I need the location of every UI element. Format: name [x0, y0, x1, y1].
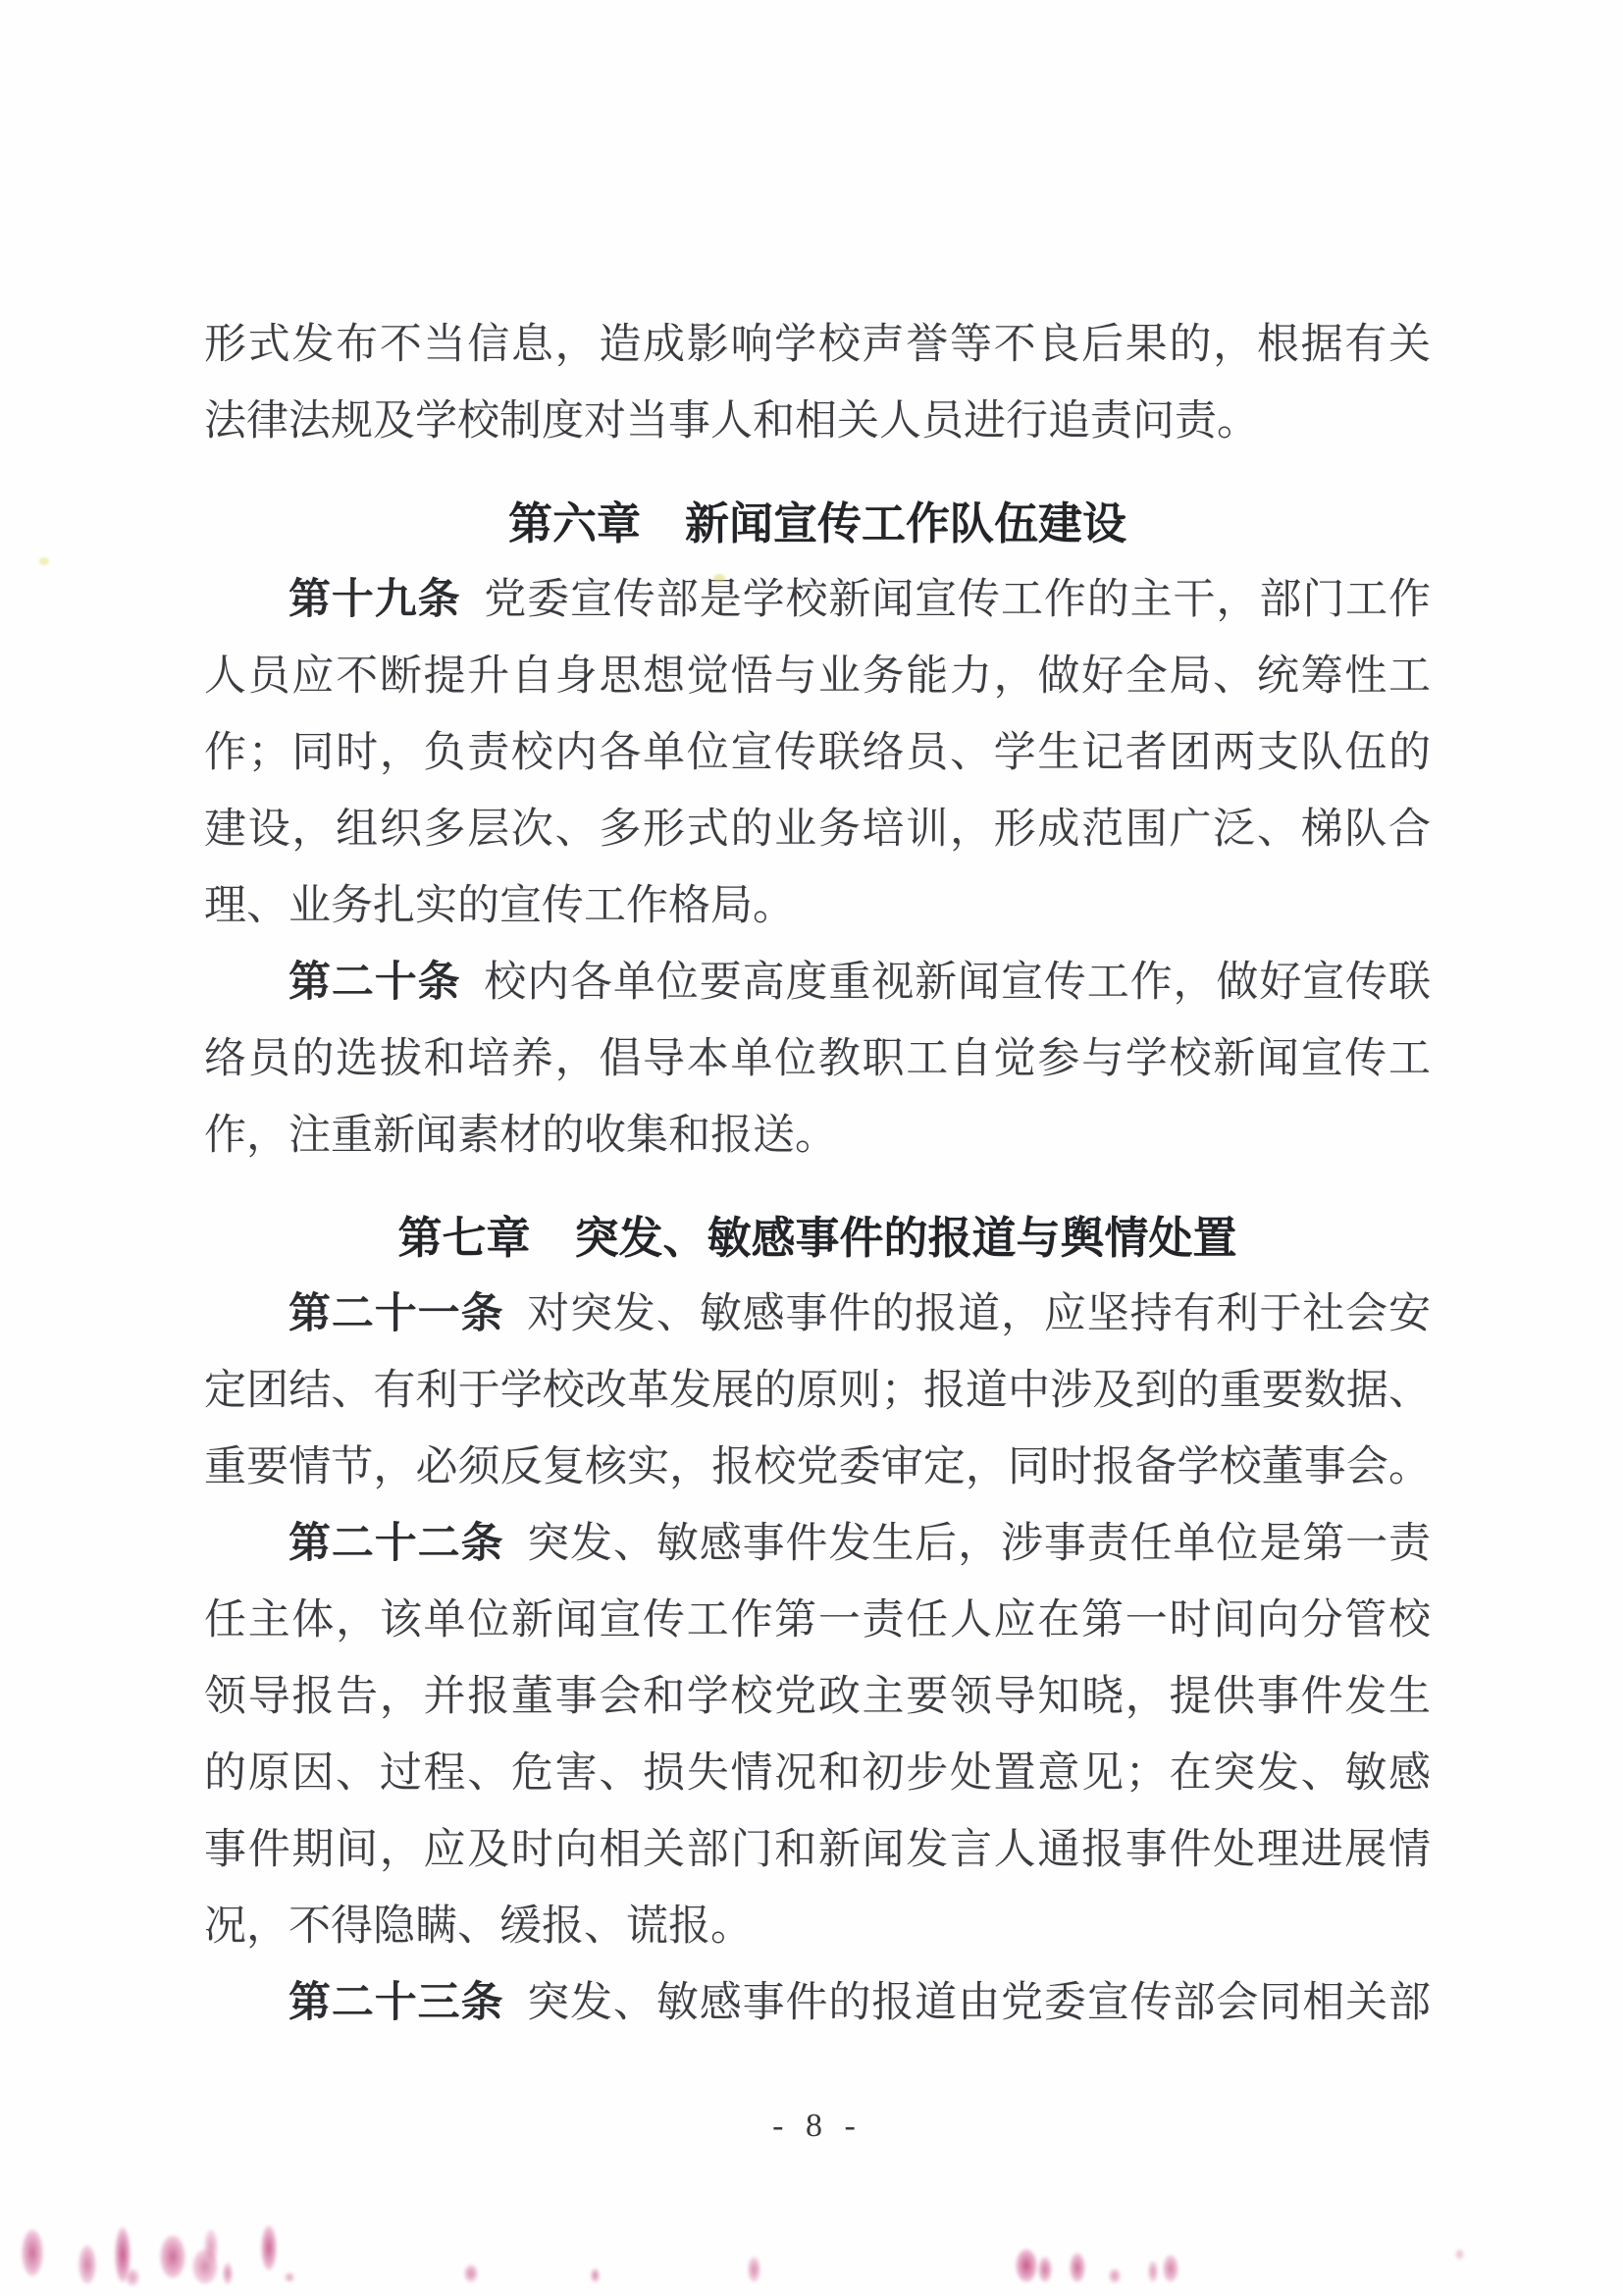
body-line: 作；同时，负责校内各单位宣传联络员、学生记者团两支队伍的 [204, 715, 1431, 792]
ink-smudge [1070, 2253, 1085, 2282]
body-line: 法律法规及学校制度对当事人和相关人员进行追责问责。 [204, 384, 1431, 460]
chapter-heading: 第七章 突发、敏感事件的报道与舆情处置 [204, 1200, 1431, 1277]
ink-smudge [464, 2265, 478, 2282]
ink-smudge [1148, 2261, 1158, 2282]
body-line: 的原因、过程、危害、损失情况和初步处置意见；在突发、敏感 [204, 1736, 1431, 1812]
body-line: 建设，组织多层次、多形式的业务培训，形成范围广泛、梯队合 [204, 792, 1431, 868]
document-body: 形式发布不当信息，造成影响学校声誉等不良后果的，根据有关法律法规及学校制度对当事… [204, 307, 1431, 2042]
body-line: 事件期间，应及时向相关部门和新闻发言人通报事件处理进展情 [204, 1812, 1431, 1889]
ink-smudge [126, 2269, 139, 2286]
page-footer: - 8 - [204, 2042, 1431, 2165]
ink-smudge [1109, 2269, 1121, 2283]
ink-smudge [1038, 2257, 1052, 2282]
article-number-label: 第二十一条 [288, 1291, 503, 1337]
ink-smudge [1455, 2249, 1464, 2260]
body-line: 第十九条党委宣传部是学校新闻宣传工作的主干，部门工作 [204, 562, 1431, 639]
body-line: 人员应不断提升自身思想觉悟与业务能力，做好全局、统筹性工 [204, 639, 1431, 715]
body-line: 理、业务扎实的宣传工作格局。 [204, 868, 1431, 945]
article-number-label: 第十九条 [288, 577, 461, 623]
body-line: 第二十二条突发、敏感事件发生后，涉事责任单位是第一责 [204, 1506, 1431, 1583]
page-number: - 8 - [204, 2088, 1431, 2165]
chapter-heading: 第六章 新闻宣传工作队伍建设 [204, 486, 1431, 562]
body-line: 形式发布不当信息，造成影响学校声誉等不良后果的，根据有关 [204, 307, 1431, 384]
body-line: 领导报告，并报董事会和学校党政主要领导知晓，提供事件发生 [204, 1659, 1431, 1736]
ink-smudge [79, 2245, 96, 2284]
ink-smudge [223, 2263, 233, 2284]
article-number-label: 第二十三条 [288, 1980, 503, 2026]
ink-smudge [160, 2235, 185, 2278]
ink-smudge [22, 2229, 43, 2276]
body-line: 重要情节，必须反复核实，报校党委审定，同时报备学校董事会。 [204, 1430, 1431, 1506]
paper-speck [39, 557, 49, 565]
body-line: 第二十条校内各单位要高度重视新闻宣传工作，做好宣传联 [204, 945, 1431, 1021]
ink-smudge [1016, 2249, 1037, 2282]
ink-smudge [1163, 2255, 1178, 2282]
body-line: 作，注重新闻素材的收集和报送。 [204, 1098, 1431, 1174]
ink-smudge [285, 2272, 294, 2282]
article-number-label: 第二十二条 [288, 1521, 503, 1567]
body-line: 任主体，该单位新闻宣传工作第一责任人应在第一时间向分管校 [204, 1583, 1431, 1659]
article-number-label: 第二十条 [288, 960, 461, 1006]
scanned-document-page: 形式发布不当信息，造成影响学校声誉等不良后果的，根据有关法律法规及学校制度对当事… [0, 0, 1623, 2296]
ink-smudge [748, 2257, 760, 2282]
paper-speck [713, 574, 725, 583]
ink-smudge [591, 2269, 600, 2282]
ink-smudge [261, 2225, 277, 2270]
ink-smudge [204, 2229, 218, 2265]
body-line: 第二十三条突发、敏感事件的报道由党委宣传部会同相关部 [204, 1965, 1431, 2042]
body-line: 定团结、有利于学校改革发展的原则；报道中涉及到的重要数据、 [204, 1353, 1431, 1430]
body-line: 况，不得隐瞒、缓报、谎报。 [204, 1889, 1431, 1965]
body-line: 络员的选拔和培养，倡导本单位教职工自觉参与学校新闻宣传工 [204, 1021, 1431, 1098]
body-line: 第二十一条对突发、敏感事件的报道，应坚持有利于社会安 [204, 1277, 1431, 1353]
